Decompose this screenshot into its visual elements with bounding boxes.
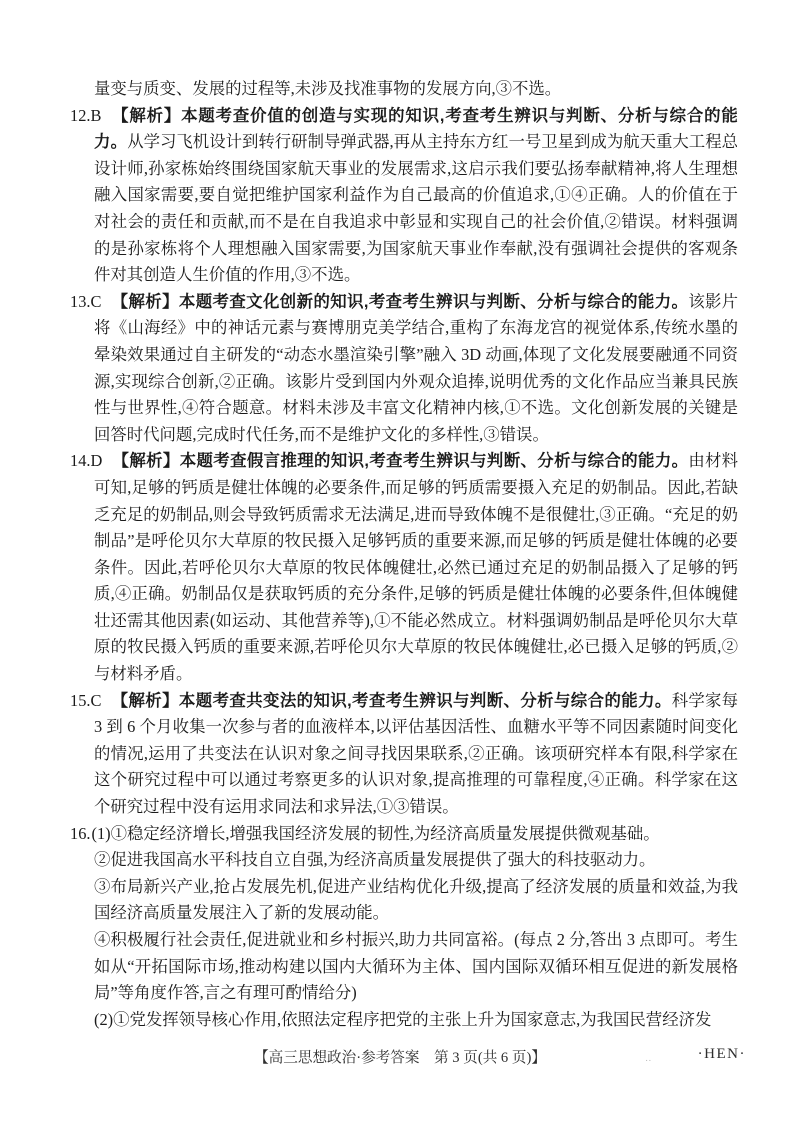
analysis-body-12: 从学习飞机设计到转行研制导弹武器,再从主持东方红一号卫星到成为航天重大工程总设计… <box>94 132 738 284</box>
answers-content: 量变与质变、发展的过程等,未涉及找准事物的发展方向,③不选。 12.B【解析】本… <box>70 76 738 1042</box>
scan-artifact-dots: .. <box>646 1053 653 1063</box>
answer-item-16-part-4: ④积极履行社会责任,促进就业和乡村振兴,助力共同富裕。(每点 2 分,答出 3 … <box>70 927 738 1007</box>
continuation-line: 量变与质变、发展的过程等,未涉及找准事物的发展方向,③不选。 <box>70 76 738 103</box>
answer-item-16-part-1: 16.(1)①稳定经济增长,增强我国经济发展的韧性,为经济高质量发展提供微观基础… <box>70 821 738 848</box>
question-number-14: 14.D <box>70 451 102 470</box>
analysis-body-13: 该影片将《山海经》中的神话元素与赛博朋克美学结合,重构了东海龙宫的视觉体系,传统… <box>94 292 738 444</box>
answer-16-text-1: (1)①稳定经济增长,增强我国经济发展的韧性,为经济高质量发展提供微观基础。 <box>92 824 660 843</box>
question-number-13: 13.C <box>70 292 101 311</box>
answer-item-13: 13.C【解析】本题考查文化创新的知识,考查考生辨识与判断、分析与综合的能力。该… <box>70 289 738 449</box>
answer-item-15: 15.C【解析】本题考查共变法的知识,考查考生辨识与判断、分析与综合的能力。科学… <box>70 688 738 821</box>
answer-item-16-part-2: ②促进我国高水平科技自立自强,为经济高质量发展提供了强大的科技驱动力。 <box>70 847 738 874</box>
analysis-lead-13: 【解析】本题考查文化创新的知识,考查考生辨识与判断、分析与综合的能力。 <box>111 293 688 311</box>
exam-answer-page: 量变与质变、发展的过程等,未涉及找准事物的发展方向,③不选。 12.B【解析】本… <box>0 0 800 1124</box>
footer-region-code: ·HEN· <box>698 1046 746 1063</box>
answer-item-16-part-3: ③布局新兴产业,抢占发展先机,促进产业结构优化升级,提高了经济发展的质量和效益,… <box>70 874 738 927</box>
question-number-12: 12.B <box>70 106 101 125</box>
answer-item-14: 14.D【解析】本题考查假言推理的知识,考查考生辨识与判断、分析与综合的能力。由… <box>70 448 738 687</box>
analysis-lead-15: 【解析】本题考查共变法的知识,考查考生辨识与判断、分析与综合的能力。 <box>111 692 671 710</box>
footer-title-pagination: 【高三思想政治·参考答案 第 3 页(共 6 页)】 <box>254 1046 546 1067</box>
answer-item-12: 12.B【解析】本题考查价值的创造与实现的知识,考查考生辨识与判断、分析与综合的… <box>70 103 738 289</box>
analysis-lead-14: 【解析】本题考查假言推理的知识,考查考生辨识与判断、分析与综合的能力。 <box>112 452 688 470</box>
answer-item-16-part-5: (2)①党发挥领导核心作用,依照法定程序把党的主张上升为国家意志,为我国民营经济… <box>70 1007 738 1034</box>
analysis-body-14: 由材料可知,足够的钙质是健壮体魄的必要条件,而足够的钙质需要摄入充足的奶制品。因… <box>94 451 738 683</box>
question-number-15: 15.C <box>70 691 101 710</box>
page-footer: 【高三思想政治·参考答案 第 3 页(共 6 页)】 .. ·HEN· <box>0 1046 800 1074</box>
question-number-16: 16. <box>70 824 91 843</box>
